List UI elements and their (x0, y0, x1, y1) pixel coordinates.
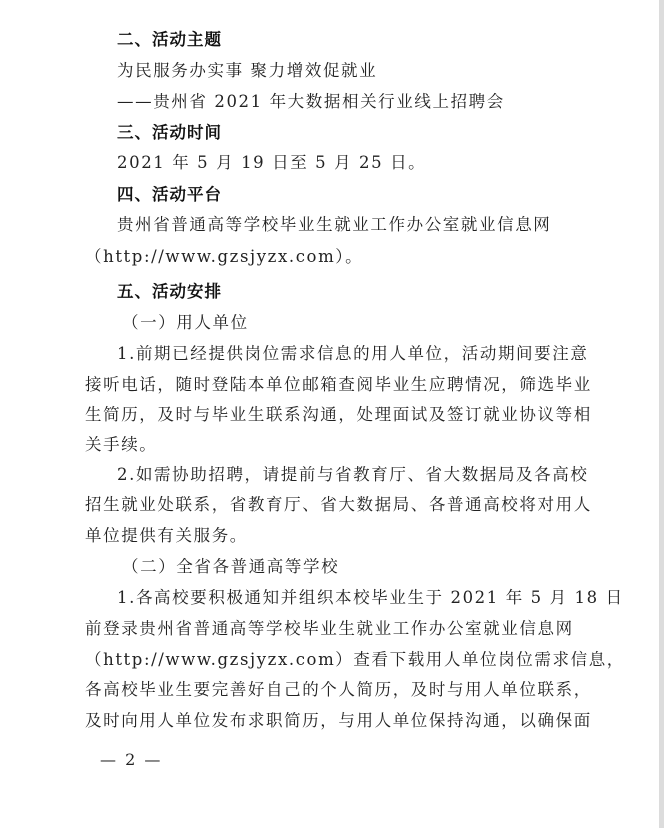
theme-subtitle-line: ——贵州省 2021 年大数据相关行业线上招聘会 (117, 91, 664, 113)
employers-para1-line3: 生简历，及时与毕业生联系沟通，处理面试及签订就业协议等相 (85, 404, 645, 426)
employers-para1-line4: 关手续。 (85, 434, 645, 456)
time-text: 2021 年 5 月 19 日至 5 月 25 日。 (117, 152, 664, 174)
employers-para2-line2: 招生就业处联系，省教育厅、省大数据局、各普通高校将对用人 (85, 494, 645, 516)
universities-para1-line4: 各高校毕业生要完善好自己的个人简历，及时与用人单位联系， (85, 679, 645, 701)
section-heading-time: 三、活动时间 (117, 122, 664, 144)
universities-para1-line5: 及时向用人单位发布求职简历，与用人单位保持沟通，以确保面 (85, 710, 645, 732)
platform-url-line: （http://www.gzsjyzx.com）。 (85, 246, 645, 268)
section-heading-arrangement: 五、活动安排 (117, 281, 664, 303)
subsection-title-employers: （一）用人单位 (122, 312, 664, 334)
page-number: — 2 — (100, 749, 162, 771)
page-edge-shadow (659, 0, 664, 828)
employers-para2-line1: 2.如需协助招聘，请提前与省教育厅、省大数据局及各高校 (117, 464, 664, 486)
universities-para1-line2: 前登录贵州省普通高等学校毕业生就业工作办公室就业信息网 (85, 618, 645, 640)
universities-para1-line1: 1.各高校要积极通知并组织本校毕业生于 2021 年 5 月 18 日 (117, 587, 664, 609)
universities-para1-line3: （http://www.gzsjyzx.com）查看下载用人单位岗位需求信息， (85, 649, 645, 671)
section-heading-theme: 二、活动主题 (117, 29, 664, 51)
employers-para1-line1: 1.前期已经提供岗位需求信息的用人单位，活动期间要注意 (117, 343, 664, 365)
section-heading-platform: 四、活动平台 (117, 184, 664, 206)
theme-title-line: 为民服务办实事 聚力增效促就业 (117, 60, 664, 82)
document-page: 二、活动主题 为民服务办实事 聚力增效促就业 ——贵州省 2021 年大数据相关… (0, 0, 659, 828)
subsection-title-universities: （二）全省各普通高等学校 (122, 556, 664, 578)
employers-para2-line3: 单位提供有关服务。 (85, 525, 645, 547)
employers-para1-line2: 接听电话，随时登陆本单位邮箱查阅毕业生应聘情况，筛选毕业 (85, 374, 645, 396)
platform-name-line: 贵州省普通高等学校毕业生就业工作办公室就业信息网 (117, 214, 664, 236)
